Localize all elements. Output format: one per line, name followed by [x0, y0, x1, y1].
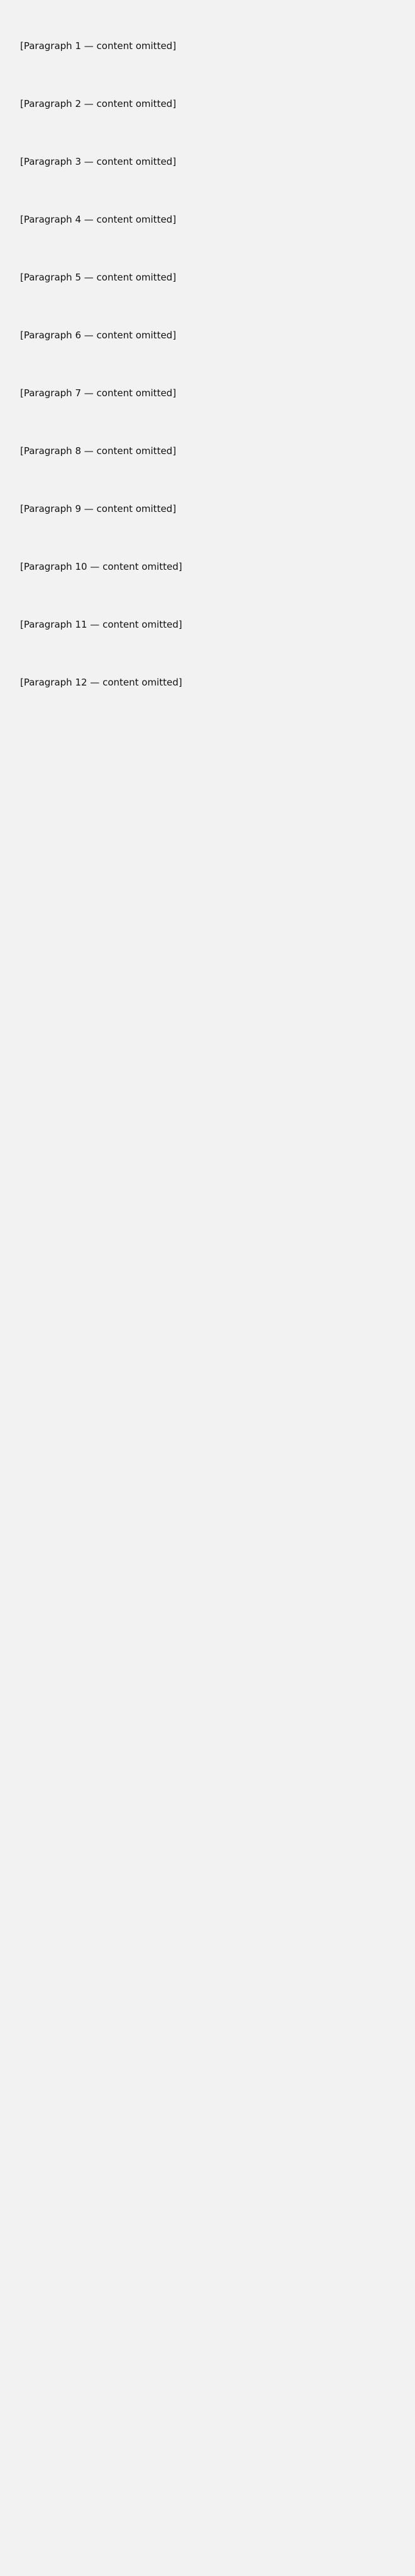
paragraph: [Paragraph 3 — content omitted] [20, 147, 392, 176]
paragraph: [Paragraph 1 — content omitted] [20, 31, 392, 60]
paragraph: [Paragraph 11 — content omitted] [20, 610, 392, 639]
paragraph: [Paragraph 7 — content omitted] [20, 379, 392, 408]
paragraph: [Paragraph 5 — content omitted] [20, 263, 392, 292]
paragraph: [Paragraph 4 — content omitted] [20, 205, 392, 234]
paragraph: [Paragraph 8 — content omitted] [20, 436, 392, 465]
paragraph: [Paragraph 9 — content omitted] [20, 494, 392, 523]
article-body: [Paragraph 1 — content omitted] [Paragra… [0, 0, 415, 697]
paragraph: [Paragraph 12 — content omitted] [20, 668, 392, 697]
paragraph: [Paragraph 6 — content omitted] [20, 321, 392, 350]
paragraph: [Paragraph 2 — content omitted] [20, 89, 392, 118]
paragraph: [Paragraph 10 — content omitted] [20, 552, 392, 581]
